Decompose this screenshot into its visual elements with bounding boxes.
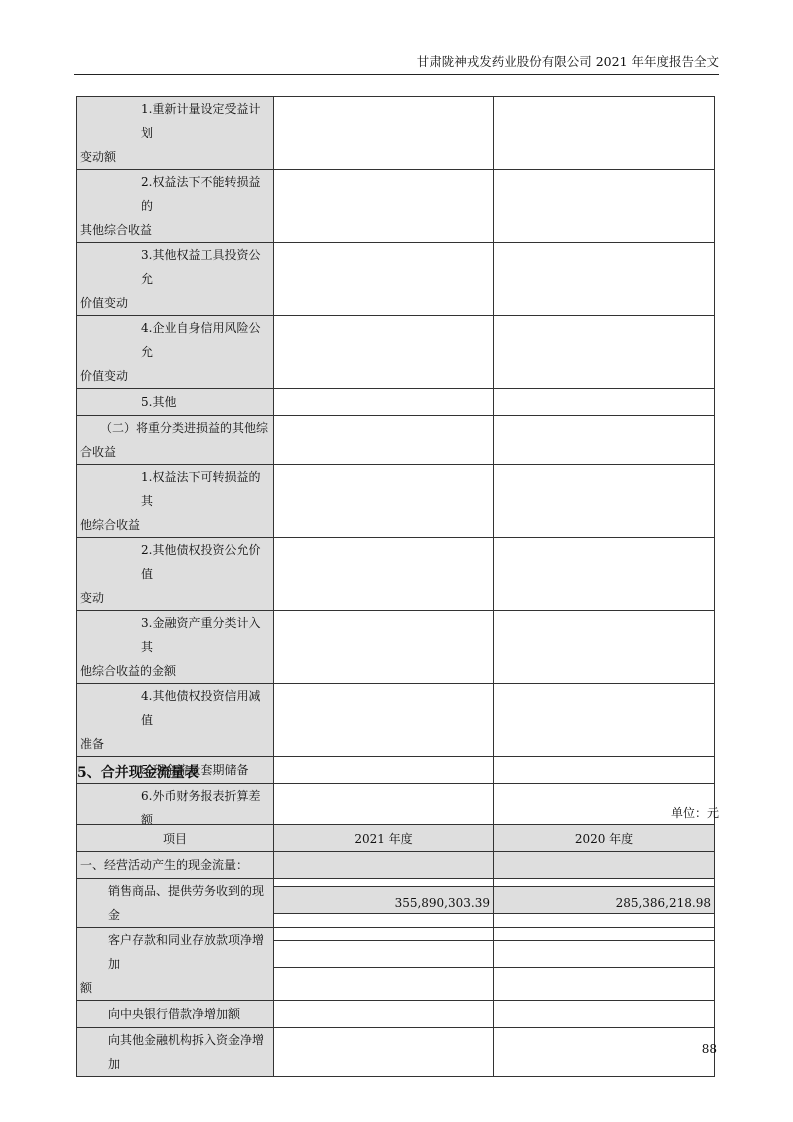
- column-header-2020: 2020 年度: [494, 825, 715, 852]
- table-row: 4.其他债权投资信用减值准备: [77, 684, 715, 757]
- value-y2021: 355,890,303.39: [274, 879, 494, 928]
- table-row: 销售商品、提供劳务收到的现金355,890,303.39285,386,218.…: [77, 879, 715, 928]
- value-y2020: [494, 1001, 715, 1028]
- value-y2020: [494, 684, 715, 757]
- value-y2020: [494, 316, 715, 389]
- table-row: 2.其他债权投资公允价值变动: [77, 538, 715, 611]
- row-label-continuation: 准备: [80, 737, 104, 751]
- row-label-continuation: 他综合收益: [80, 518, 140, 532]
- value-y2021: [274, 852, 494, 879]
- value-y2021: [274, 465, 494, 538]
- value-y2021: [274, 538, 494, 611]
- row-label-text: 销售商品、提供劳务收到的现金: [80, 879, 270, 927]
- value-y2020: [494, 757, 715, 784]
- value-y2020: [494, 243, 715, 316]
- unit-label: 单位：元: [671, 804, 719, 821]
- row-label: 5.其他: [77, 389, 274, 416]
- value-y2021: [274, 1001, 494, 1028]
- value-y2021: [274, 611, 494, 684]
- table-row: 2.权益法下不能转损益的其他综合收益: [77, 170, 715, 243]
- row-label-text: 2.权益法下不能转损益的: [80, 170, 270, 218]
- page-number: 88: [702, 1042, 717, 1056]
- report-header: 甘肃陇神戎发药业股份有限公司 2021 年年度报告全文: [74, 52, 719, 75]
- row-label-text: 4.企业自身信用风险公允: [80, 316, 270, 364]
- row-label-text: 向中央银行借款净增加额: [80, 1002, 240, 1026]
- value-y2021: [274, 757, 494, 784]
- value-y2020: 285,386,218.98: [494, 879, 715, 928]
- row-label: 4.企业自身信用风险公允价值变动: [77, 316, 274, 389]
- cash-flow-table: 项目 2021 年度 2020 年度 一、经营活动产生的现金流量：销售商品、提供…: [76, 824, 715, 1077]
- table-row: （二）将重分类进损益的其他综合收益: [77, 416, 715, 465]
- row-label-text: 4.其他债权投资信用减值: [80, 684, 270, 732]
- table-row: 5.其他: [77, 389, 715, 416]
- value-y2021: [274, 316, 494, 389]
- value-y2021: [274, 928, 494, 1001]
- row-label: 客户存款和同业存放款项净增加额: [77, 928, 274, 1001]
- row-label-continuation: 变动额: [80, 150, 116, 164]
- value-y2021: [274, 684, 494, 757]
- table-row: 4.企业自身信用风险公允价值变动: [77, 316, 715, 389]
- value-y2020: [494, 538, 715, 611]
- row-label-text: 1.重新计量设定受益计划: [80, 97, 270, 145]
- row-label-continuation: 他综合收益的金额: [80, 664, 176, 678]
- value-y2020: [494, 1028, 715, 1077]
- row-label: 向其他金融机构拆入资金净增加: [77, 1028, 274, 1077]
- row-label-text: 一、经营活动产生的现金流量：: [80, 858, 248, 872]
- row-label: 一、经营活动产生的现金流量：: [77, 852, 274, 879]
- value-y2021: [274, 416, 494, 465]
- row-label-continuation: 变动: [80, 591, 104, 605]
- row-label-text: 3.其他权益工具投资公允: [80, 243, 270, 291]
- value-y2021: [274, 389, 494, 416]
- row-label-continuation: 价值变动: [80, 296, 128, 310]
- value-y2020: [494, 389, 715, 416]
- row-label: 3.其他权益工具投资公允价值变动: [77, 243, 274, 316]
- section-title: 5、合并现金流量表: [77, 762, 199, 782]
- value-y2020: [494, 465, 715, 538]
- value-y2021: [274, 1028, 494, 1077]
- table-row: 客户存款和同业存放款项净增加额: [77, 928, 715, 1001]
- row-label-text: 5.其他: [80, 390, 176, 414]
- column-header-item: 项目: [77, 825, 274, 852]
- row-label-continuation: 合收益: [80, 445, 116, 459]
- row-label-continuation: 价值变动: [80, 369, 128, 383]
- row-label-continuation: 其他综合收益: [80, 223, 152, 237]
- row-label: 销售商品、提供劳务收到的现金: [77, 879, 274, 928]
- value-y2020: [494, 928, 715, 1001]
- value-y2020: [494, 97, 715, 170]
- table-header-row: 项目 2021 年度 2020 年度: [77, 825, 715, 852]
- row-label: 4.其他债权投资信用减值准备: [77, 684, 274, 757]
- table-row: 3.金融资产重分类计入其他综合收益的金额: [77, 611, 715, 684]
- table-row: 1.权益法下可转损益的其他综合收益: [77, 465, 715, 538]
- value-y2020: [494, 611, 715, 684]
- value-y2021: [274, 97, 494, 170]
- row-label-text: （二）将重分类进损益的其他综: [80, 416, 268, 440]
- row-label-text: 向其他金融机构拆入资金净增加: [80, 1028, 270, 1076]
- value-y2020: [494, 416, 715, 465]
- table-row: 向其他金融机构拆入资金净增加: [77, 1028, 715, 1077]
- row-label-text: 客户存款和同业存放款项净增加: [80, 928, 270, 976]
- value-y2020: [494, 170, 715, 243]
- row-label: （二）将重分类进损益的其他综合收益: [77, 416, 274, 465]
- table-row: 向中央银行借款净增加额: [77, 1001, 715, 1028]
- table-row: 一、经营活动产生的现金流量：: [77, 852, 715, 879]
- row-label: 2.其他债权投资公允价值变动: [77, 538, 274, 611]
- row-label-text: 3.金融资产重分类计入其: [80, 611, 270, 659]
- row-label: 向中央银行借款净增加额: [77, 1001, 274, 1028]
- row-label: 1.重新计量设定受益计划变动额: [77, 97, 274, 170]
- row-label-text: 1.权益法下可转损益的其: [80, 465, 270, 513]
- row-label-text: 2.其他债权投资公允价值: [80, 538, 270, 586]
- value-y2021: [274, 243, 494, 316]
- table-row: 3.其他权益工具投资公允价值变动: [77, 243, 715, 316]
- row-label-continuation: 额: [80, 981, 92, 995]
- row-label: 3.金融资产重分类计入其他综合收益的金额: [77, 611, 274, 684]
- row-label: 1.权益法下可转损益的其他综合收益: [77, 465, 274, 538]
- column-header-2021: 2021 年度: [274, 825, 494, 852]
- table-row: 1.重新计量设定受益计划变动额: [77, 97, 715, 170]
- row-label: 2.权益法下不能转损益的其他综合收益: [77, 170, 274, 243]
- value-y2020: [494, 852, 715, 879]
- value-y2021: [274, 170, 494, 243]
